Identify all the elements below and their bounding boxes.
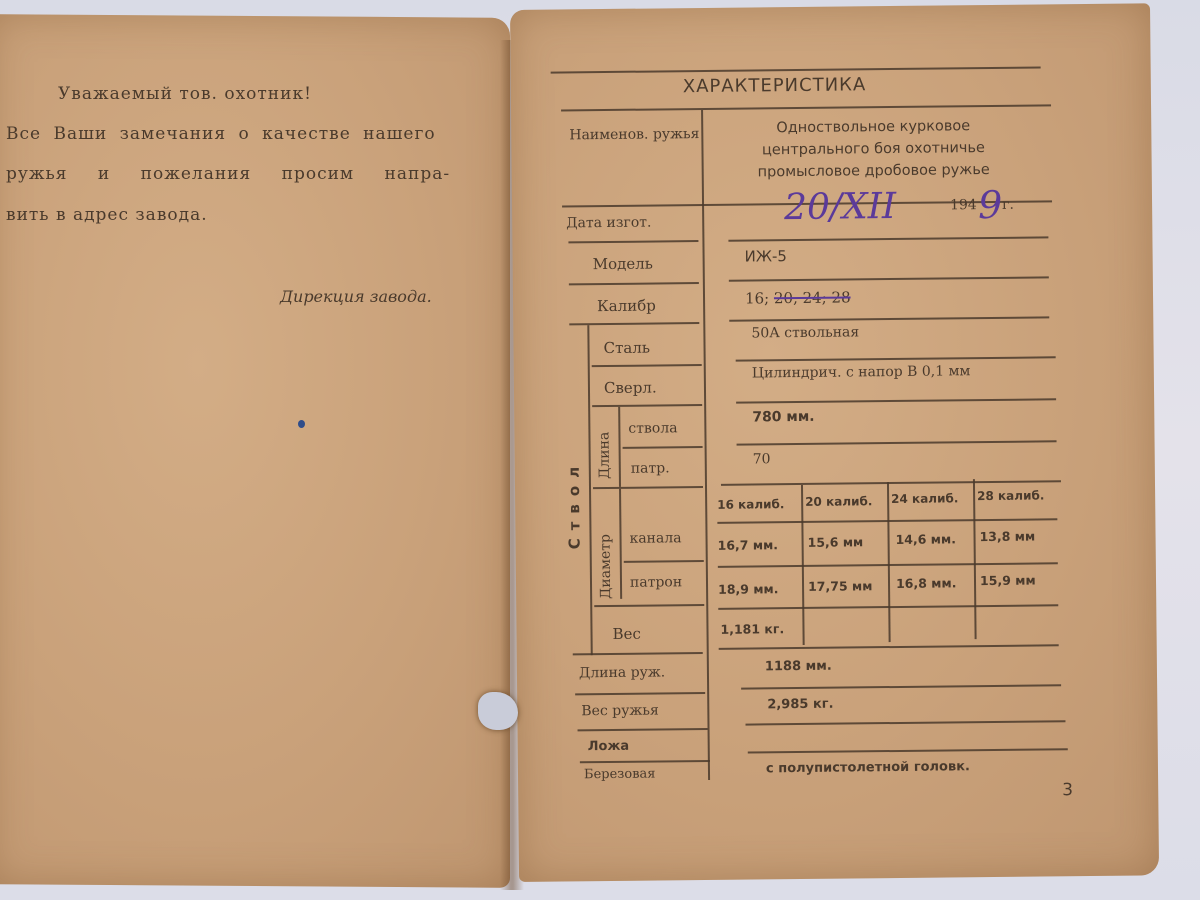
barrel-length-label: ствола: [628, 420, 677, 437]
rule: [575, 692, 705, 695]
chamber-diam-label: патрон: [630, 574, 682, 591]
barrel-weight-value: 1,181 кг.: [720, 621, 784, 637]
bore-label: Сверл.: [604, 378, 657, 397]
rule: [748, 748, 1068, 753]
ink-spot: [298, 420, 305, 428]
bore-diam-28: 13,8 мм: [979, 529, 1035, 545]
body-line-1: Все Ваши замечания о качестве нашего: [6, 124, 436, 144]
paper-tear: [478, 692, 518, 730]
barrel-length-value: 780 мм.: [752, 409, 814, 426]
rule: [592, 364, 702, 367]
date-year-handwritten: 9: [978, 183, 1003, 227]
rule: [736, 356, 1056, 361]
characteristics-form: ХАРАКТЕРИСТИКА Наименов. ружья Одноствол…: [510, 3, 1159, 882]
rule: [624, 560, 704, 563]
chamber-diam-24: 16,8 мм.: [896, 575, 957, 591]
name-line-3: промысловое дробовое ружье: [704, 158, 1044, 184]
rule: [736, 398, 1056, 403]
name-value: Одноствольное курковое центрального боя …: [703, 114, 1044, 184]
rule: [741, 684, 1061, 689]
page-number: 3: [1062, 780, 1073, 800]
caliber-label: Калибр: [597, 296, 656, 315]
steel-value: 50А ствольная: [751, 324, 859, 341]
caliber-value: 16; 20, 24; 28: [745, 288, 851, 307]
gun-weight-label: Вес ружья: [581, 702, 659, 719]
rule: [728, 236, 1048, 241]
caliber-col-16: 16 калиб.: [717, 497, 784, 512]
chamber-length-value: 70: [753, 451, 771, 467]
model-label: Модель: [593, 255, 653, 274]
left-page: [0, 14, 510, 888]
caliber-col-20: 20 калиб.: [805, 494, 872, 509]
chamber-diam-16: 18,9 мм.: [718, 581, 779, 597]
chamber-length-label: патр.: [631, 460, 670, 476]
rule: [593, 486, 703, 489]
bore-diam-16: 16,7 мм.: [718, 537, 779, 553]
length-group-divider: [618, 407, 621, 487]
bore-diam-20: 15,6 мм: [808, 534, 864, 550]
rule: [569, 282, 699, 285]
rule: [737, 440, 1057, 445]
bore-value: Цилиндрич. с напор В 0,1 мм: [752, 363, 971, 381]
bore-diam-label: канала: [629, 530, 681, 547]
grid-divider: [973, 479, 977, 639]
right-page: ХАРАКТЕРИСТИКА Наименов. ружья Одноствол…: [510, 3, 1159, 882]
rule: [719, 644, 1059, 650]
rule: [551, 66, 1041, 73]
form-title: ХАРАКТЕРИСТИКА: [683, 74, 867, 97]
caliber-col-28: 28 калиб.: [977, 488, 1044, 503]
date-suffix: г.: [1002, 197, 1014, 213]
gun-weight-value: 2,985 кг.: [767, 697, 833, 713]
rule: [745, 720, 1065, 725]
length-group-label: Длина: [596, 432, 612, 479]
caliber-struck: 20, 24; 28: [774, 288, 851, 307]
greeting: Уважаемый тов. охотник!: [58, 84, 312, 104]
rule: [573, 652, 703, 655]
rule: [729, 316, 1049, 321]
body-line-2: ружья и пожелания просим напра-: [6, 164, 450, 184]
chamber-diam-28: 15,9 мм: [980, 573, 1036, 589]
rule: [623, 446, 703, 449]
stock-material: Березовая: [584, 767, 656, 783]
rule: [729, 276, 1049, 281]
diameter-group-label: Диаметр: [597, 534, 614, 599]
barrel-group-label: Ствол: [565, 459, 584, 550]
model-value: ИЖ-5: [745, 247, 788, 265]
chamber-diam-20: 17,75 мм: [808, 578, 872, 594]
date-label: Дата изгот.: [566, 215, 651, 232]
grid-divider: [887, 482, 891, 642]
steel-label: Сталь: [603, 339, 650, 357]
caliber-active: 16;: [745, 289, 769, 307]
stock-value: с полупистолетной головк.: [766, 759, 970, 776]
caliber-col-24: 24 калиб.: [891, 491, 958, 506]
barrel-weight-label: Вес: [612, 625, 640, 643]
stock-label: Ложа: [588, 739, 630, 754]
rule: [721, 480, 1061, 486]
rule: [561, 104, 1051, 111]
barrel-group-divider: [587, 325, 592, 655]
signature: Дирекция завода.: [280, 287, 432, 306]
date-handwritten: 20/XII: [784, 186, 896, 228]
rule: [580, 760, 710, 763]
rule: [594, 604, 704, 607]
rule: [592, 404, 702, 407]
gun-length-value: 1188 мм.: [765, 659, 832, 675]
date-year-printed: 194: [950, 197, 977, 213]
diameter-group-divider: [619, 489, 622, 599]
body-line-3: вить в адрес завода.: [6, 205, 208, 225]
column-divider: [701, 110, 710, 780]
name-label: Наименов. ружья: [569, 126, 699, 143]
bore-diam-24: 14,6 мм.: [895, 531, 956, 547]
rule: [578, 728, 708, 731]
rule: [568, 240, 698, 243]
gun-length-label: Длина руж.: [579, 664, 665, 681]
